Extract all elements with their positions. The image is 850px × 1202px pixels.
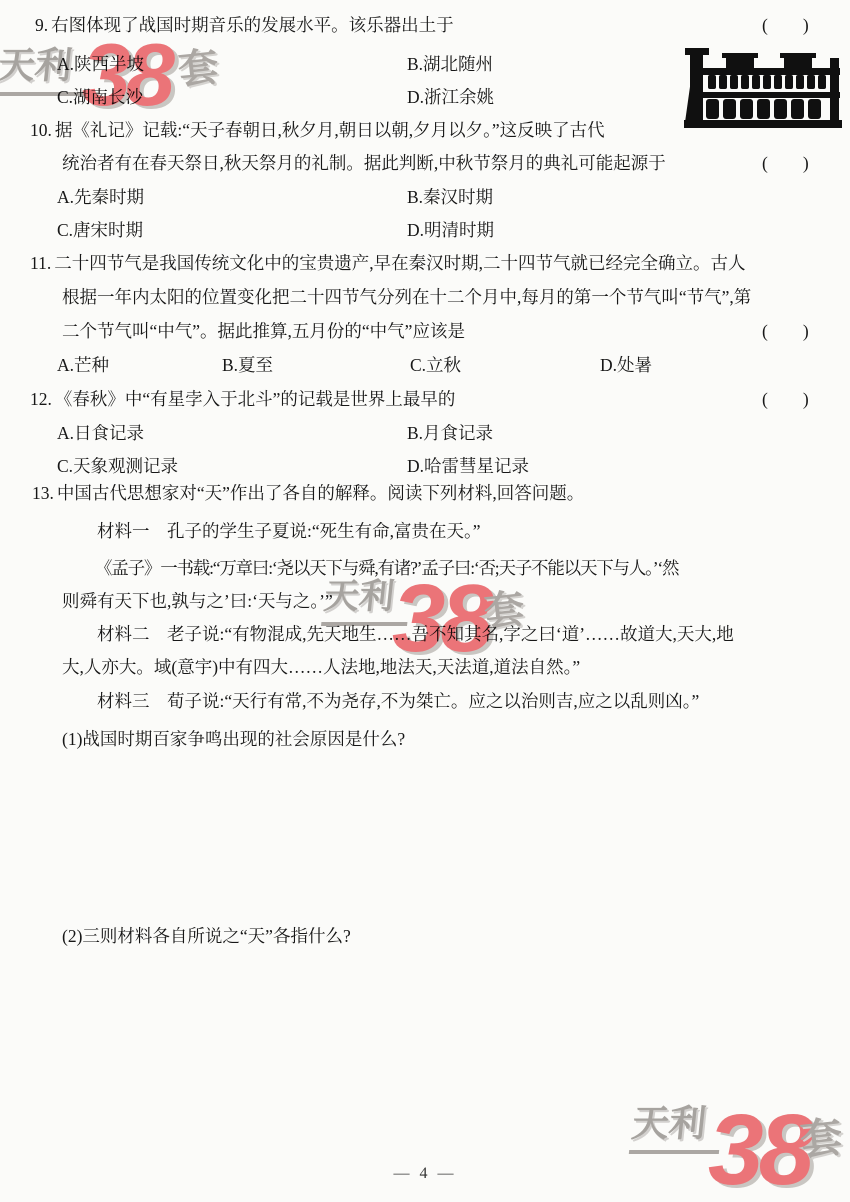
question-12-text: 《春秋》中“有星孛入于北斗”的记载是世界上最早的: [55, 389, 456, 409]
question-13-number: 13.: [32, 483, 54, 503]
question-9-answer-bracket: ( ): [762, 14, 809, 36]
question-12-line1: 12.《春秋》中“有星孛入于北斗”的记载是世界上最早的: [30, 388, 455, 410]
exam-page: 9.右图体现了战国时期音乐的发展水平。该乐器出土于 ( ) A.陕西半坡 B.湖…: [0, 0, 850, 1202]
chime-bells-image: [684, 44, 844, 130]
question-10-option-a: A.先秦时期: [57, 186, 144, 208]
question-10-answer-bracket: ( ): [762, 152, 809, 174]
question-12-option-d: D.哈雷彗星记录: [407, 455, 529, 477]
question-10-line2: 统治者有在春天祭日,秋天祭月的礼制。据此判断,中秋节祭月的典礼可能起源于: [62, 152, 666, 174]
watermark-brand-text: 天利: [629, 1093, 725, 1154]
question-12-option-a: A.日食记录: [57, 422, 144, 444]
question-11-line3: 二个节气叫“中气”。据此推算,五月份的“中气”应该是: [62, 320, 465, 342]
question-10-text-1: 据《礼记》记载:“天子春朝日,秋夕月,朝日以朝,夕月以夕。”这反映了古代: [55, 120, 605, 140]
question-13-material-2-line2: 大,人亦大。域(意宇)中有四大……人法地,地法天,天法道,道法自然。”: [62, 656, 580, 678]
watermark-number-text: 38: [392, 581, 489, 658]
question-13-intro-text: 中国古代思想家对“天”作出了各自的解释。阅读下列材料,回答问题。: [57, 483, 584, 503]
question-11-option-c: C.立秋: [410, 354, 461, 376]
question-12-answer-bracket: ( ): [762, 388, 809, 410]
question-13-subquestion-1: (1)战国时期百家争鸣出现的社会原因是什么?: [62, 728, 405, 750]
question-10-option-d: D.明清时期: [407, 219, 494, 241]
question-9-number: 9.: [35, 15, 48, 35]
question-13-material-mengzi-line1: 《孟子》一书载:“万章曰:‘尧以天下与舜,有诸?’孟子曰:‘否;天子不能以天下与…: [95, 557, 678, 579]
question-10-line1: 10.据《礼记》记载:“天子春朝日,秋夕月,朝日以朝,夕月以夕。”这反映了古代: [30, 119, 605, 141]
question-13-material-mengzi-line2: 则舜有天下也,孰与之’曰:‘天与之。’”: [62, 590, 333, 612]
question-10-option-b: B.秦汉时期: [407, 186, 493, 208]
question-9-option-b: B.湖北随州: [407, 53, 493, 75]
question-13-intro: 13.中国古代思想家对“天”作出了各自的解释。阅读下列材料,回答问题。: [32, 482, 584, 504]
question-9-line1: 9.右图体现了战国时期音乐的发展水平。该乐器出土于: [35, 14, 454, 36]
question-11-line1: 11.二十四节气是我国传统文化中的宝贵遗产,早在秦汉时期,二十四节气就已经完全确…: [30, 252, 745, 274]
question-11-number: 11.: [30, 253, 51, 273]
question-13-subquestion-2: (2)三则材料各自所说之“天”各指什么?: [62, 925, 351, 947]
page-number: — 4 —: [0, 1165, 850, 1183]
question-11-option-b: B.夏至: [222, 354, 273, 376]
question-12-number: 12.: [30, 389, 52, 409]
question-13-material-1: 材料一 孔子的学生子夏说:“死生有命,富贵在天。”: [97, 520, 481, 542]
question-9-text: 右图体现了战国时期音乐的发展水平。该乐器出土于: [51, 15, 454, 35]
watermark-suffix-text: 套: [175, 35, 221, 96]
question-10-number: 10.: [30, 120, 52, 140]
question-10-option-c: C.唐宋时期: [57, 219, 143, 241]
question-11-text-1: 二十四节气是我国传统文化中的宝贵遗产,早在秦汉时期,二十四节气就已经完全确立。古…: [54, 253, 745, 273]
question-12-option-c: C.天象观测记录: [57, 455, 178, 477]
question-11-answer-bracket: ( ): [762, 320, 809, 342]
question-11-option-d: D.处暑: [600, 354, 652, 376]
question-13-material-3: 材料三 荀子说:“天行有常,不为尧存,不为桀亡。应之以治则吉,应之以乱则凶。”: [97, 690, 699, 712]
question-12-option-b: B.月食记录: [407, 422, 493, 444]
question-9-option-c: C.湖南长沙: [57, 86, 143, 108]
watermark-suffix-text: 套: [797, 1104, 845, 1168]
question-11-line2: 根据一年内太阳的位置变化把二十四节气分列在十二个月中,每月的第一个节气叫“节气”…: [62, 286, 751, 308]
question-9-option-a: A.陕西半坡: [57, 53, 144, 75]
question-11-option-a: A.芒种: [57, 354, 109, 376]
question-13-material-2-line1: 材料二 老子说:“有物混成,先天地生……吾不知其名,字之曰‘道’……故道大,天大…: [97, 623, 734, 645]
question-9-option-d: D.浙江余姚: [407, 86, 494, 108]
